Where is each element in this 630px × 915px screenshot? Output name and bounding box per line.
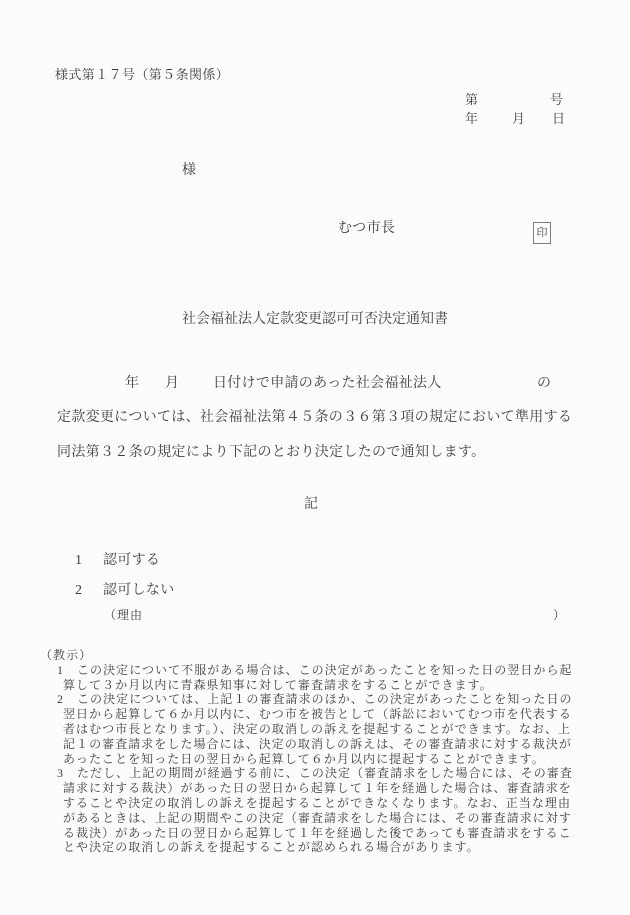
ki-heading: 記	[0, 497, 622, 513]
decision-option-approve: 1認可する	[75, 553, 160, 569]
reason-close-paren: ）	[553, 609, 565, 623]
appeal-item-3-line: 3ただし、上記の期間が経過する前に、この決定（審査請求をした場合には、その審査	[40, 766, 625, 781]
appeal-item-3-line: とや決定の取消しの訴えを提起することが認められる場合があります。	[40, 840, 625, 855]
appeal-item-2-line: 2この決定については、上記１の審査請求のほか、この決定があったことを知った日の	[40, 692, 625, 707]
appeal-item-2-line: あったことを知った日の翌日から起算して６か月以内に提起することができます。	[40, 752, 625, 767]
body-paragraph-line2: 定款変更については、社会福祉法第４５条の３６第３項の規定において準用する	[57, 410, 572, 426]
document-number-line: 第号	[465, 93, 563, 108]
decision-option-1-label: 認可する	[103, 553, 160, 568]
sender-title: むつ市長	[338, 221, 395, 237]
date-line: 年月日	[465, 112, 565, 127]
date-day-label: 日	[552, 111, 565, 126]
notification-document-page: 様式第１７号（第５条関係） 第号 年月日 様 むつ市長 印 社会福祉法人定款変更…	[0, 0, 630, 915]
body-paragraph-line3: 同法第３２条の規定により下記のとおり決定したので通知します。	[57, 445, 485, 461]
appeal-item-1-number: 1	[57, 663, 77, 678]
decision-option-2-number: 2	[75, 583, 103, 599]
addressee-honorific: 様	[182, 163, 196, 179]
appeal-item-3-line: る裁決）があった日の翌日から起算して１年を経過した後であっても審査請求をするこ	[40, 826, 625, 841]
seal-character: 印	[537, 228, 548, 239]
appeal-instructions-section: （教示） 1この決定について不服がある場合は、この決定があったことを知った日の翌…	[40, 648, 625, 855]
document-number-suffix: 号	[550, 92, 563, 107]
decision-option-deny: 2認可しない	[75, 583, 175, 599]
body-month-label: 月	[165, 376, 179, 392]
appeal-item-2-number: 2	[57, 692, 77, 707]
appeal-item-3-text: ただし、上記の期間が経過する前に、この決定（審査請求をした場合には、その審査	[77, 766, 573, 780]
appeal-item-1-text: この決定について不服がある場合は、この決定があったことを知った日の翌日から起	[77, 663, 573, 677]
appeal-item-2-text: この決定については、上記１の審査請求のほか、この決定があったことを知った日の	[77, 692, 573, 706]
date-month-label: 月	[512, 111, 525, 126]
decision-option-2-label: 認可しない	[103, 583, 175, 598]
appeal-item-1-line: 1この決定について不服がある場合は、この決定があったことを知った日の翌日から起	[40, 663, 625, 678]
appeal-item-3-line: があるときは、上記の期間やこの決定（審査請求をした場合には、その審査請求に対す	[40, 811, 625, 826]
date-year-label: 年	[465, 111, 478, 126]
official-seal-placeholder: 印	[533, 222, 551, 244]
form-number: 様式第１７号（第５条関係）	[55, 68, 229, 83]
body-year-label: 年	[125, 376, 139, 392]
appeal-item-2-line: 記１の審査請求をした場合には、決定の取消しの訴えは、その審査請求に対する裁決が	[40, 737, 625, 752]
appeal-item-2-line: 者はむつ市長となります。）、決定の取消しの訴えを提起することができます。なお、上	[40, 722, 625, 737]
decision-option-1-number: 1	[75, 553, 103, 569]
body-line1-text: 日付けで申請のあった社会福祉法人	[213, 376, 442, 392]
body-line1-tail: の	[537, 376, 551, 392]
appeal-item-3-line: 請求に対する裁決）があった日の翌日から起算して１年を経過した場合は、審査請求を	[40, 781, 625, 796]
appeal-item-1-line: 算して３か月以内に青森県知事に対して審査請求をすることができます。	[40, 678, 625, 693]
document-number-prefix: 第	[465, 92, 478, 107]
document-title: 社会福祉法人定款変更認可可否決定通知書	[0, 312, 630, 328]
appeal-instructions-heading: （教示）	[40, 648, 625, 663]
reason-open-paren: （理由	[104, 609, 143, 623]
appeal-item-3-line: することや決定の取消しの訴えを提起することができなくなります。なお、正当な理由	[40, 796, 625, 811]
appeal-item-3-number: 3	[57, 766, 77, 781]
appeal-item-2-line: 翌日から起算して６か月以内に、むつ市を被告として（訴訟においてむつ市を代表する	[40, 707, 625, 722]
